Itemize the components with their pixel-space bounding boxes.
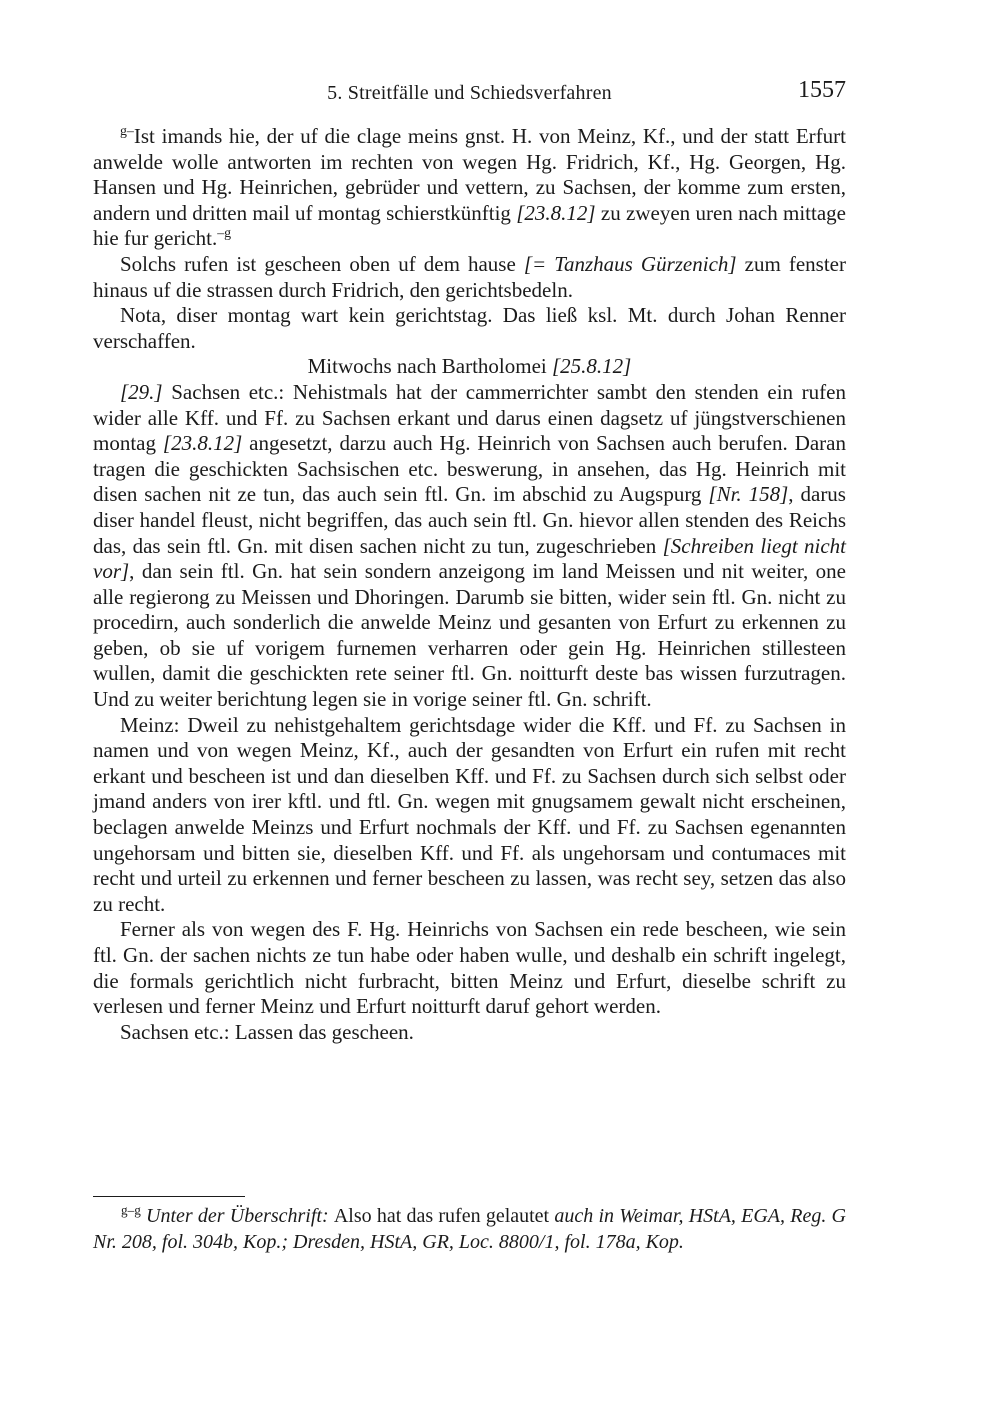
paragraph-nota: Nota, diser montag wart kein gerichtstag…: [93, 303, 846, 354]
text-run: [23.8.12]: [516, 201, 595, 225]
text-run: Also hat das rufen gelautet: [334, 1205, 554, 1227]
footnote-block: g–g Unter der Überschrift: Also hat das …: [93, 1196, 846, 1256]
text-run: [Nr. 158]: [708, 482, 788, 506]
text-run: Ferner als von wegen des F. Hg. Heinrich…: [93, 917, 846, 1018]
paragraph-sachsen-29: [29.] Sachsen etc.: Nehistmals hat der c…: [93, 380, 846, 713]
text-run: Nota, diser montag wart kein gerichtstag…: [93, 303, 846, 353]
date-heading: Mitwochs nach Bartholomei [25.8.12]: [93, 354, 846, 380]
text-run: –g: [217, 225, 231, 240]
paragraph-rufen-location: Solchs rufen ist gescheen oben uf dem ha…: [93, 252, 846, 303]
text-run: , dan sein ftl. Gn. hat sein sondern anz…: [93, 559, 846, 711]
paragraph-ferner: Ferner als von wegen des F. Hg. Heinrich…: [93, 917, 846, 1019]
page-number: 1557: [798, 77, 846, 103]
paragraph-sachsen-reply: Sachsen etc.: Lassen das gescheen.: [93, 1020, 846, 1046]
text-run: Sachsen etc.: Lassen das gescheen.: [120, 1020, 414, 1044]
text-run: [= Tanzhaus Gürzenich]: [524, 252, 737, 276]
text-run: Solchs rufen ist gescheen oben uf dem ha…: [120, 252, 524, 276]
text-run: [23.8.12]: [163, 431, 242, 455]
book-page: 5. Streitfälle und Schiedsverfahren 1557…: [0, 0, 1004, 1418]
footnote-separator: [93, 1196, 245, 1197]
text-run: Meinz: Dweil zu nehistgehaltem gerichtsd…: [93, 713, 846, 916]
text-run: Unter der Überschrift:: [141, 1205, 334, 1227]
paragraph-proclamation: g–Ist imands hie, der uf die clage meins…: [93, 124, 846, 252]
body-text: g–Ist imands hie, der uf die clage meins…: [93, 124, 846, 1045]
text-run: [29.]: [120, 380, 163, 404]
footnote-g: g–g Unter der Überschrift: Also hat das …: [93, 1204, 846, 1256]
text-run: g–: [120, 123, 134, 138]
text-run: [25.8.12]: [552, 354, 631, 378]
text-run: Mitwochs nach Bartholomei: [308, 354, 552, 378]
section-title: 5. Streitfälle und Schiedsverfahren: [93, 80, 846, 106]
text-run: g–g: [121, 1202, 141, 1217]
page-header: 5. Streitfälle und Schiedsverfahren 1557: [93, 80, 846, 106]
text-column: 5. Streitfälle und Schiedsverfahren 1557…: [93, 80, 846, 1045]
paragraph-meinz: Meinz: Dweil zu nehistgehaltem gerichtsd…: [93, 713, 846, 918]
